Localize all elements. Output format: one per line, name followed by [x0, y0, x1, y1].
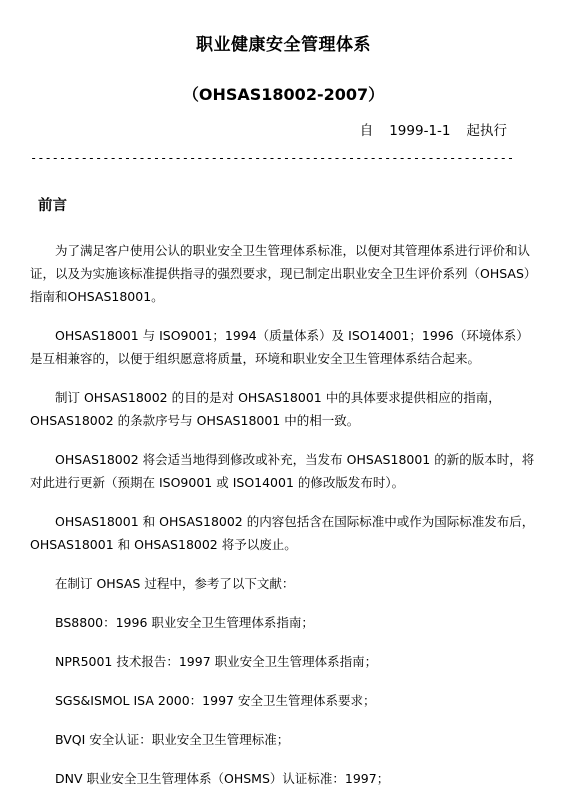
foreword-reference-sgs-ismol: SGS&ISMOL ISA 2000：1997 安全卫生管理体系要求；	[30, 689, 537, 712]
foreword-paragraph: 在制订 OHSAS 过程中，参考了以下文献：	[30, 572, 537, 595]
effective-prefix: 自	[360, 123, 374, 139]
effective-suffix: 起执行	[467, 123, 508, 139]
foreword-paragraph: OHSAS18001 与 ISO9001；1994（质量体系）及 ISO1400…	[30, 324, 537, 370]
foreword-paragraph: OHSAS18002 将会适当地得到修改或补充，当发布 OHSAS18001 的…	[30, 448, 537, 494]
foreword-heading: 前言	[30, 164, 537, 214]
document-page: 职业健康安全管理体系 （OHSAS18002-2007） 自1999-1-1起执…	[0, 0, 567, 805]
dashed-divider: ----------------------------------------…	[30, 152, 512, 164]
document-subtitle: （OHSAS18002-2007）	[30, 54, 537, 103]
foreword-paragraph: 制订 OHSAS18002 的目的是对 OHSAS18001 中的具体要求提供相…	[30, 386, 537, 432]
document-title: 职业健康安全管理体系	[30, 0, 537, 54]
foreword-reference-bvqi: BVQI 安全认证：职业安全卫生管理标准；	[30, 728, 537, 751]
foreword-reference-npr5001: NPR5001 技术报告：1997 职业安全卫生管理体系指南；	[30, 650, 537, 673]
foreword-paragraph: OHSAS18001 和 OHSAS18002 的内容包括含在国际标准中或作为国…	[30, 510, 537, 556]
foreword-reference-bs8800: BS8800：1996 职业安全卫生管理体系指南；	[30, 611, 537, 634]
effective-date-line: 自1999-1-1起执行	[30, 124, 537, 139]
effective-date: 1999-1-1	[389, 124, 450, 139]
foreword-reference-dnv: DNV 职业安全卫生管理体系（OHSMS）认证标准：1997；	[30, 767, 537, 790]
foreword-paragraph: 为了满足客户使用公认的职业安全卫生管理体系标准，以便对其管理体系进行评价和认证，…	[30, 239, 537, 308]
